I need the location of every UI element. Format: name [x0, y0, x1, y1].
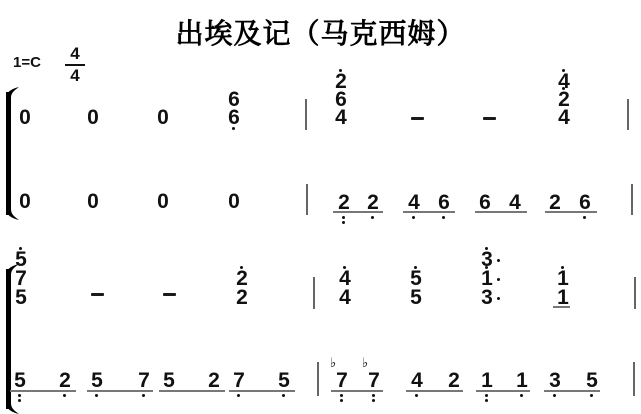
octave-dot-below	[520, 394, 523, 397]
note-digit: 2	[337, 192, 351, 213]
octave-dot-below	[415, 394, 418, 397]
note-digit: 3	[548, 370, 562, 391]
note-digit: 0	[156, 191, 170, 212]
note-digit: 4	[410, 370, 424, 391]
barline	[305, 99, 307, 130]
octave-dot-above	[339, 69, 342, 72]
octave-dot-below	[412, 216, 415, 219]
sustain-dash	[91, 293, 104, 296]
barline	[627, 99, 629, 130]
octave-dot-above	[343, 266, 346, 269]
sustain-dash	[411, 117, 424, 120]
octave-dot-above	[414, 266, 417, 269]
flat-icon: ♭	[362, 356, 368, 369]
note-digit: 4	[407, 192, 421, 213]
note-digit: 2	[235, 287, 249, 308]
note-digit: 0	[18, 191, 32, 212]
note-digit: 5	[13, 370, 27, 391]
flat-icon: ♭	[330, 356, 336, 369]
eighth-note-beam	[229, 390, 295, 392]
note-digit: 2	[447, 370, 461, 391]
eighth-note-beam	[476, 390, 530, 392]
octave-dot-above	[562, 87, 565, 90]
sustain-dash	[483, 117, 496, 120]
eighth-note-beam	[331, 390, 383, 392]
note-digit: 7	[335, 370, 349, 391]
time-signature-denominator: 4	[64, 66, 86, 86]
barline	[306, 184, 308, 215]
note-digit: 2	[548, 192, 562, 213]
octave-dot-above	[19, 247, 22, 250]
note-digit: 5	[14, 287, 28, 308]
barline	[313, 277, 315, 309]
note-digit: 0	[156, 107, 170, 128]
note-digit: 7	[367, 370, 381, 391]
octave-dot-below	[63, 394, 66, 397]
note-digit: 6	[478, 192, 492, 213]
note-digit: 5	[277, 370, 291, 391]
octave-dot-below	[282, 394, 285, 397]
note-digit: 0	[86, 191, 100, 212]
note-digit: 4	[338, 287, 352, 308]
octave-dot-below	[371, 216, 374, 219]
octave-dot-below	[342, 216, 345, 219]
octave-dot-below	[583, 216, 586, 219]
eighth-note-beam	[406, 390, 463, 392]
octave-dot-below	[485, 399, 488, 402]
barline	[634, 277, 636, 309]
note-digit: 5	[409, 287, 423, 308]
octave-dot-below	[372, 399, 375, 402]
eighth-note-beam	[159, 390, 225, 392]
eighth-note-beam	[403, 211, 455, 213]
note-digit: 5	[162, 370, 176, 391]
note-digit: 6	[578, 192, 592, 213]
note-digit: 5	[90, 370, 104, 391]
eighth-note-beam	[10, 390, 76, 392]
eighth-note-beam	[544, 390, 600, 392]
octave-dot-above	[562, 69, 565, 72]
octave-dot-above	[485, 266, 488, 269]
eighth-note-beam	[87, 390, 153, 392]
octave-dot-below	[485, 394, 488, 397]
note-digit: 7	[137, 370, 151, 391]
page-title: 出埃及记（马克西姆）	[0, 12, 641, 52]
octave-dot-below	[232, 127, 235, 130]
octave-dot-below	[18, 394, 21, 397]
augmentation-dot	[497, 278, 500, 281]
note-digit: 3	[480, 287, 494, 308]
octave-dot-below	[95, 394, 98, 397]
octave-dot-below	[142, 394, 145, 397]
eighth-note-beam	[545, 211, 597, 213]
sustain-dash	[163, 293, 176, 296]
time-signature: 4 4	[64, 44, 86, 86]
eighth-note-beam	[553, 306, 570, 308]
octave-dot-below	[237, 394, 240, 397]
octave-dot-below	[340, 394, 343, 397]
note-digit: 2	[58, 370, 72, 391]
octave-dot-below	[442, 216, 445, 219]
note-digit: 0	[86, 107, 100, 128]
augmentation-dot	[497, 259, 500, 262]
note-digit: 2	[207, 370, 221, 391]
barline	[317, 362, 319, 396]
octave-dot-below	[590, 394, 593, 397]
octave-dot-below	[342, 221, 345, 224]
note-digit: 7	[232, 370, 246, 391]
barline	[633, 362, 635, 396]
note-digit: 1	[515, 370, 529, 391]
octave-dot-below	[18, 399, 21, 402]
time-signature-numerator: 4	[64, 44, 86, 64]
eighth-note-beam	[475, 211, 527, 213]
octave-dot-below	[553, 394, 556, 397]
eighth-note-beam	[333, 211, 383, 213]
octave-dot-below	[340, 399, 343, 402]
sheet-music-page: 出埃及记（马克西姆） 1=C 4 4 000662644240000224664…	[0, 0, 641, 414]
note-digit: 5	[585, 370, 599, 391]
note-digit: 6	[227, 107, 241, 128]
note-digit: 0	[227, 191, 241, 212]
note-digit: 2	[366, 192, 380, 213]
note-digit: 4	[508, 192, 522, 213]
note-digit: 4	[334, 107, 348, 128]
note-digit: 4	[557, 107, 571, 128]
key-signature: 1=C	[13, 54, 41, 71]
octave-dot-above	[561, 266, 564, 269]
octave-dot-above	[240, 266, 243, 269]
note-digit: 0	[18, 107, 32, 128]
octave-dot-below	[372, 394, 375, 397]
note-digit: 1	[480, 370, 494, 391]
octave-dot-above	[485, 247, 488, 250]
note-digit: 1	[556, 287, 570, 308]
barline	[631, 184, 633, 215]
note-digit: 6	[437, 192, 451, 213]
augmentation-dot	[497, 297, 500, 300]
